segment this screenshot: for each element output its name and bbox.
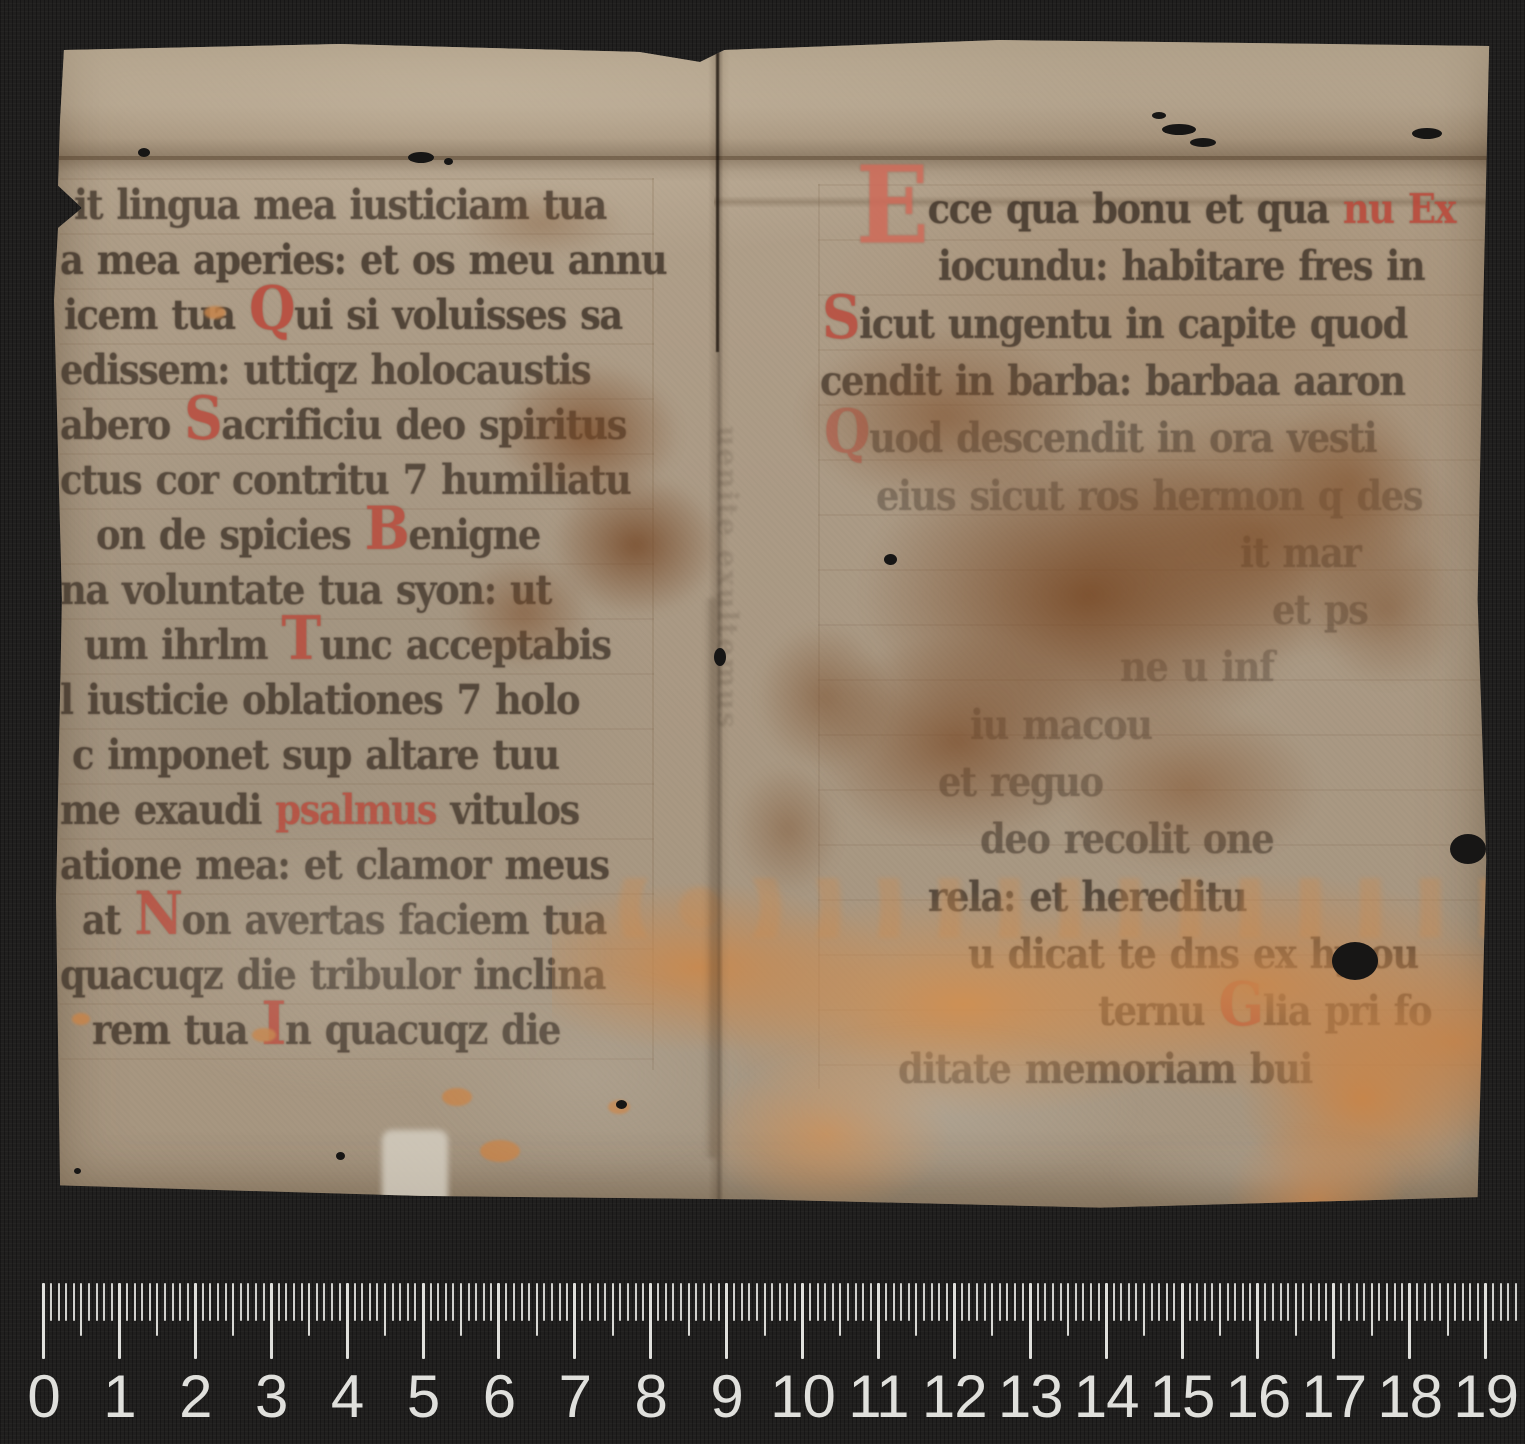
ruler-tick-mm	[1469, 1283, 1471, 1321]
ruler-tick-mm	[1189, 1283, 1191, 1321]
ruler-tick-mm	[619, 1283, 621, 1321]
ruler-tick-mm	[1507, 1283, 1509, 1321]
ruler-tick-mm	[680, 1283, 682, 1321]
ruler-tick-mm	[407, 1283, 409, 1321]
ruler-number: 13	[998, 1367, 1063, 1427]
ruler-tick-mm	[1158, 1283, 1160, 1321]
ruler-tick-mm	[521, 1283, 523, 1321]
ruler-tick-mm	[172, 1283, 174, 1321]
ruler-tick-mm	[642, 1283, 644, 1321]
ruler-tick-mm	[1424, 1283, 1426, 1321]
ruler-tick-mm	[665, 1283, 667, 1321]
ruler-tick-mm	[354, 1283, 356, 1321]
ruler-tick-mm	[635, 1283, 637, 1321]
ruler-tick-mm	[885, 1283, 887, 1321]
ruler-tick-mm	[1166, 1283, 1168, 1321]
rubric-text: Q	[249, 273, 294, 343]
ruler-number: 19	[1453, 1367, 1518, 1427]
ink-text: on de spicies	[96, 510, 365, 559]
ruler-number: 18	[1377, 1367, 1442, 1427]
ruler-tick-mm	[96, 1283, 98, 1321]
ruler-tick-mm	[1014, 1283, 1016, 1321]
ruler-tick-mm	[1340, 1283, 1342, 1321]
ruler-number: 6	[483, 1367, 515, 1427]
ruler-tick-mm	[1348, 1283, 1350, 1321]
center-fold-crack	[716, 42, 719, 352]
ruler-tick-mm	[1037, 1283, 1039, 1321]
ruler-tick-cm	[649, 1283, 652, 1359]
ruler-number: 0	[27, 1367, 59, 1427]
ruler-tick-mm	[513, 1283, 515, 1321]
ruler-number: 3	[255, 1367, 287, 1427]
ruler-tick-half	[384, 1283, 386, 1336]
ruler-tick-mm	[741, 1283, 743, 1321]
ruler-tick-cm	[118, 1283, 121, 1359]
ruler-tick-mm	[672, 1283, 674, 1321]
ruler-tick-mm	[1302, 1283, 1304, 1321]
ruler-tick-mm	[999, 1283, 1001, 1321]
ruler-tick-cm	[1181, 1283, 1184, 1359]
ruler-tick-mm	[278, 1283, 280, 1321]
ruler-tick-mm	[703, 1283, 705, 1321]
ruler-tick-half	[1371, 1283, 1373, 1336]
brown-stain-left-column	[412, 358, 732, 698]
ruler-tick-mm	[430, 1283, 432, 1321]
ruler-number: 11	[848, 1367, 908, 1427]
ruler-tick-cm	[877, 1283, 880, 1359]
ruler-tick-mm	[209, 1283, 211, 1321]
ruler-tick-mm	[468, 1283, 470, 1321]
ruler-tick-mm	[976, 1283, 978, 1321]
ruler-tick-mm	[984, 1283, 986, 1321]
ruler-tick-mm	[931, 1283, 933, 1321]
ruler-tick-mm	[779, 1283, 781, 1321]
ruler-tick-mm	[862, 1283, 864, 1321]
ruler-tick-mm	[1151, 1283, 1153, 1321]
ruler-number: 10	[770, 1367, 835, 1427]
ruler-tick-mm	[1264, 1283, 1266, 1321]
slit-hole	[1412, 128, 1442, 139]
ruler-tick-mm	[1356, 1283, 1358, 1321]
ruler-tick-mm	[187, 1283, 189, 1321]
slit-hole	[1152, 112, 1166, 119]
wormhole	[444, 158, 453, 165]
ruler-tick-mm	[1098, 1283, 1100, 1321]
ruler-tick-half	[1447, 1283, 1449, 1336]
parchment-fragment: it lingua mea iusticiam tuaa mea aperies…	[52, 38, 1492, 1210]
ruler-tick-cm	[1029, 1283, 1032, 1359]
ruler-tick-mm	[1060, 1283, 1062, 1321]
ruler-tick-mm	[968, 1283, 970, 1321]
ruler-tick-mm	[1310, 1283, 1312, 1321]
ruler-tick-mm	[301, 1283, 303, 1321]
ruler-tick-half	[688, 1283, 690, 1336]
ruler-tick-mm	[293, 1283, 295, 1321]
ruler-tick-half	[1067, 1283, 1069, 1336]
ruler-tick-mm	[126, 1283, 128, 1321]
ruler-tick-mm	[566, 1283, 568, 1321]
ruler-tick-half	[1143, 1283, 1145, 1336]
ruler-tick-mm	[1234, 1283, 1236, 1321]
ruler-tick-mm	[1090, 1283, 1092, 1321]
ruler-tick-mm	[1227, 1283, 1229, 1321]
ruler-tick-mm	[1515, 1283, 1517, 1321]
ruler-number: 1	[103, 1367, 135, 1427]
ruler-tick-mm	[1196, 1283, 1198, 1321]
ruler-tick-mm	[164, 1283, 166, 1321]
ruler-tick-mm	[240, 1283, 242, 1321]
ruler-tick-half	[536, 1283, 538, 1336]
ruler-tick-mm	[483, 1283, 485, 1321]
ruler-tick-mm	[1431, 1283, 1433, 1321]
ink-text: iocundu: habitare fres in	[938, 241, 1424, 290]
abrasion-sheen	[1052, 1118, 1472, 1228]
ruler-tick-mm	[1454, 1283, 1456, 1321]
ruler-tick-mm	[255, 1283, 257, 1321]
edge-loss	[1450, 834, 1486, 864]
ruler-tick-mm	[794, 1283, 796, 1321]
ruler-tick-mm	[1128, 1283, 1130, 1321]
ink-text: abero	[60, 400, 184, 449]
ruler-tick-half	[839, 1283, 841, 1336]
ruler-tick-mm	[141, 1283, 143, 1321]
rubric-text: B	[365, 493, 409, 563]
ruler-tick-mm	[247, 1283, 249, 1321]
ruler-tick-mm	[908, 1283, 910, 1321]
manuscript-photograph: it lingua mea iusticiam tuaa mea aperies…	[0, 0, 1525, 1444]
ruler-tick-mm	[1022, 1283, 1024, 1321]
orange-residue-corner	[1192, 968, 1502, 1258]
ruler-tick-mm	[65, 1283, 67, 1321]
ruler-tick-mm	[657, 1283, 659, 1321]
ruler-tick-mm	[1318, 1283, 1320, 1321]
manuscript-line: iocundu: habitare fres in	[938, 241, 1424, 290]
ruler-tick-mm	[369, 1283, 371, 1321]
ruler-tick-mm	[58, 1283, 60, 1321]
ruler-number: 17	[1301, 1367, 1366, 1427]
rubric-text: T	[281, 603, 319, 673]
ruler-tick-mm	[399, 1283, 401, 1321]
ruler-tick-cm	[270, 1283, 273, 1359]
ruler-tick-mm	[946, 1283, 948, 1321]
ruler-tick-mm	[1249, 1283, 1251, 1321]
rubric-text: E	[856, 143, 928, 268]
ruler-tick-mm	[923, 1283, 925, 1321]
wormhole	[884, 554, 897, 565]
wormhole	[336, 1152, 345, 1160]
ruler-tick-mm	[1135, 1283, 1137, 1321]
ruler-tick-mm	[1386, 1283, 1388, 1321]
ruler-tick-cm	[42, 1283, 45, 1359]
ruler-tick-cm	[1105, 1283, 1108, 1359]
slit-hole	[408, 152, 434, 163]
ruler-tick-mm	[505, 1283, 507, 1321]
ruler-tick-mm	[817, 1283, 819, 1321]
ruler-tick-mm	[551, 1283, 553, 1321]
ruler-tick-mm	[756, 1283, 758, 1321]
ruler-tick-mm	[1075, 1283, 1077, 1321]
ruler-tick-mm	[331, 1283, 333, 1321]
ruler-tick-mm	[50, 1283, 52, 1321]
ruler-tick-mm	[1287, 1283, 1289, 1321]
ruler-tick-half	[308, 1283, 310, 1336]
ruler-tick-half	[991, 1283, 993, 1336]
ruler-tick-cm	[1332, 1283, 1335, 1359]
ruler-tick-mm	[528, 1283, 530, 1321]
ruler-tick-mm	[149, 1283, 151, 1321]
ruler-tick-mm	[1401, 1283, 1403, 1321]
ruler-tick-mm	[559, 1283, 561, 1321]
ruler-tick-cm	[573, 1283, 576, 1359]
ruler-tick-mm	[1378, 1283, 1380, 1321]
slit-hole	[1190, 138, 1216, 147]
ruler-tick-cm	[422, 1283, 425, 1359]
ruler-tick-mm	[1325, 1283, 1327, 1321]
ruler-tick-mm	[589, 1283, 591, 1321]
ruler-tick-mm	[710, 1283, 712, 1321]
ruler-number: 14	[1074, 1367, 1139, 1427]
orange-fleck	[204, 306, 226, 319]
ruler-tick-mm	[285, 1283, 287, 1321]
ruler-tick-mm	[452, 1283, 454, 1321]
ruler-tick-cm	[1484, 1283, 1487, 1359]
ruler-number: 4	[331, 1367, 363, 1427]
ruler-number: 15	[1150, 1367, 1215, 1427]
ruler-tick-mm	[475, 1283, 477, 1321]
ruler-tick-mm	[1500, 1283, 1502, 1321]
ruler-tick-mm	[217, 1283, 219, 1321]
ruler-tick-mm	[870, 1283, 872, 1321]
ruler-tick-mm	[437, 1283, 439, 1321]
ruler-tick-mm	[1394, 1283, 1396, 1321]
ruler-number: 16	[1226, 1367, 1291, 1427]
ruler-tick-cm	[346, 1283, 349, 1359]
ruler-tick-mm	[1006, 1283, 1008, 1321]
ruler-tick-mm	[1477, 1283, 1479, 1321]
ruler-tick-mm	[361, 1283, 363, 1321]
ruler-tick-mm	[847, 1283, 849, 1321]
ruler-tick-mm	[1204, 1283, 1206, 1321]
ruler-tick-half	[764, 1283, 766, 1336]
ruler-tick-half	[915, 1283, 917, 1336]
ruler-tick-cm	[497, 1283, 500, 1359]
ruler-tick-mm	[103, 1283, 105, 1321]
pale-repair-patch	[382, 1130, 448, 1225]
ruler-tick-mm	[1211, 1283, 1213, 1321]
ruler-tick-mm	[627, 1283, 629, 1321]
ruler-tick-mm	[1439, 1283, 1441, 1321]
ruler-tick-mm	[1082, 1283, 1084, 1321]
ink-text: um ihrlm	[84, 620, 281, 669]
ruler-number: 5	[407, 1367, 439, 1427]
ruler-tick-mm	[263, 1283, 265, 1321]
slit-hole	[1162, 124, 1196, 135]
ruler-tick-mm	[316, 1283, 318, 1321]
ruler-number: 7	[559, 1367, 591, 1427]
ruler-tick-mm	[855, 1283, 857, 1321]
ruler-tick-mm	[597, 1283, 599, 1321]
ruler-tick-mm	[1044, 1283, 1046, 1321]
ruler-tick-half	[1219, 1283, 1221, 1336]
ruler-tick-mm	[733, 1283, 735, 1321]
ruler-tick-mm	[202, 1283, 204, 1321]
ruler-tick-mm	[786, 1283, 788, 1321]
ruler-number: 9	[710, 1367, 742, 1427]
ruler-tick-mm	[809, 1283, 811, 1321]
ruler-tick-cm	[194, 1283, 197, 1359]
ruler-tick-half	[612, 1283, 614, 1336]
manuscript-line: icem tua Qui si voluisses sa	[64, 290, 622, 339]
ruler-tick-mm	[893, 1283, 895, 1321]
ruler-tick-cm	[801, 1283, 804, 1359]
manuscript-line: Ecce qua bonu et qua nu Ex	[856, 184, 1455, 233]
wormhole	[616, 1100, 627, 1109]
wormhole	[138, 148, 150, 157]
center-fold-lower	[704, 598, 720, 1158]
ruler-tick-mm	[1462, 1283, 1464, 1321]
fold-hole	[714, 648, 726, 666]
ruler-tick-half	[156, 1283, 158, 1336]
ruler-tick-mm	[1052, 1283, 1054, 1321]
ruler-tick-mm	[1272, 1283, 1274, 1321]
ruler-tick-mm	[392, 1283, 394, 1321]
ruler-tick-mm	[490, 1283, 492, 1321]
ruler-number: 12	[922, 1367, 987, 1427]
ruler-tick-mm	[1363, 1283, 1365, 1321]
ruler-tick-mm	[695, 1283, 697, 1321]
ruler-tick-mm	[323, 1283, 325, 1321]
ruler-tick-mm	[414, 1283, 416, 1321]
brown-stain-small	[412, 168, 672, 278]
ruler-tick-mm	[1113, 1283, 1115, 1321]
ruler-tick-cm	[725, 1283, 728, 1359]
ruler-tick-mm	[938, 1283, 940, 1321]
ruler-tick-mm	[179, 1283, 181, 1321]
ruler-tick-half	[460, 1283, 462, 1336]
ruler-tick-half	[80, 1283, 82, 1336]
rubric-text: nu Ex	[1329, 184, 1455, 233]
ruler-tick-mm	[604, 1283, 606, 1321]
ruler-tick-mm	[1242, 1283, 1244, 1321]
ruler-tick-half	[1295, 1283, 1297, 1336]
ruler-number: 8	[635, 1367, 667, 1427]
ruler-tick-mm	[718, 1283, 720, 1321]
ruler-tick-mm	[1280, 1283, 1282, 1321]
ruler-tick-cm	[1256, 1283, 1259, 1359]
ruler-tick-mm	[88, 1283, 90, 1321]
ruler-tick-half	[232, 1283, 234, 1336]
ruler-tick-mm	[832, 1283, 834, 1321]
brown-stain-right-edge	[1232, 358, 1492, 718]
ruler-tick-mm	[111, 1283, 113, 1321]
ruler-tick-mm	[134, 1283, 136, 1321]
wormhole	[74, 1168, 81, 1174]
ruler-tick-mm	[543, 1283, 545, 1321]
ruler-tick-mm	[73, 1283, 75, 1321]
ruler-tick-mm	[225, 1283, 227, 1321]
ruler-tick-mm	[1416, 1283, 1418, 1321]
ruler-tick-mm	[900, 1283, 902, 1321]
ruler-tick-mm	[748, 1283, 750, 1321]
ruler-tick-mm	[1492, 1283, 1494, 1321]
rubric-text: S	[184, 383, 221, 453]
ruler-tick-cm	[953, 1283, 956, 1359]
ruler-tick-mm	[824, 1283, 826, 1321]
ink-text: cce qua bonu et qua	[928, 184, 1329, 233]
ruler-tick-mm	[376, 1283, 378, 1321]
centimeter-ruler: 012345678910111213141516171819	[0, 1255, 1525, 1444]
ruler-tick-mm	[445, 1283, 447, 1321]
ruler-tick-mm	[961, 1283, 963, 1321]
large-hole	[1332, 942, 1378, 980]
ruler-number: 2	[179, 1367, 211, 1427]
ruler-tick-cm	[1408, 1283, 1411, 1359]
ruler-tick-mm	[339, 1283, 341, 1321]
ruler-tick-mm	[1120, 1283, 1122, 1321]
ruler-tick-mm	[1173, 1283, 1175, 1321]
ink-text: ui si voluisses sa	[294, 290, 622, 339]
ruler-tick-mm	[771, 1283, 773, 1321]
ruler-tick-mm	[581, 1283, 583, 1321]
